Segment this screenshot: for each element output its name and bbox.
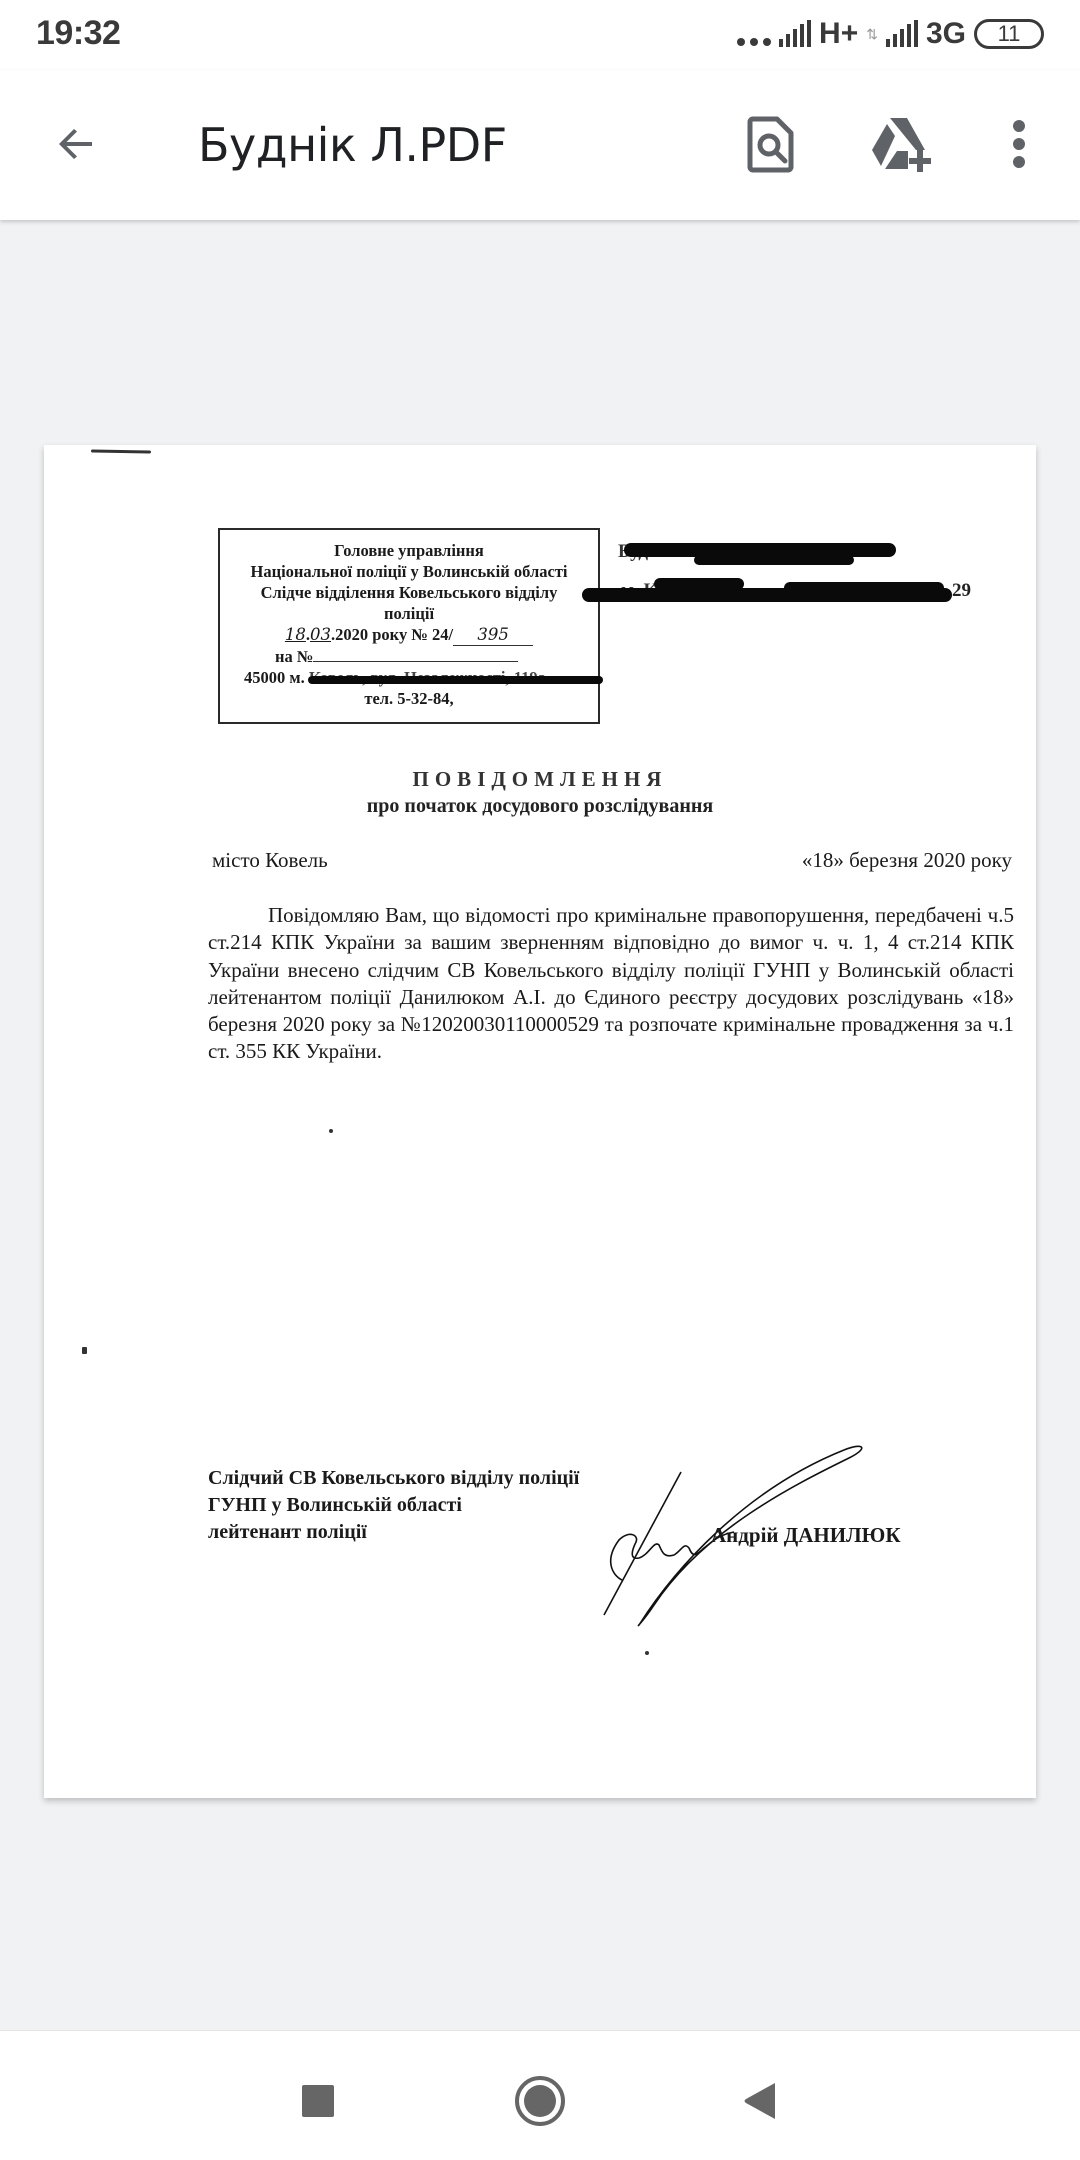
document-heading: ПОВІДОМЛЕННЯ <box>44 767 1036 792</box>
status-indicators: H+ ⇅ 3G 11 <box>737 16 1044 52</box>
in-reply-label: на № <box>275 647 313 666</box>
addr-date-number: 18.03.2020 року № 24/395 <box>220 624 598 646</box>
network-type-2: 3G <box>926 17 966 51</box>
signer-line-3: лейтенант поліції <box>208 1519 579 1546</box>
battery-icon: 11 <box>974 19 1044 49</box>
addr-street: 45000 м. Ковель, вул. Незалежності, 119а <box>220 667 598 688</box>
redaction-mark <box>694 555 854 565</box>
addr-phone: тел. 5-32-84, <box>220 688 598 709</box>
document-subheading: про початок досудового розслідування <box>44 795 1036 818</box>
recents-square-icon <box>301 2084 335 2118</box>
document-title: Буднік Л.PDF <box>198 118 507 172</box>
notification-dots-icon <box>737 22 771 46</box>
signer-name: Андрій ДАНИЛЮК <box>711 1523 901 1548</box>
recents-button[interactable] <box>283 2066 353 2136</box>
pdf-viewer[interactable]: Головне управління Національної поліції … <box>0 220 1080 2030</box>
handwritten-outgoing-number: 395 <box>477 625 509 644</box>
document-body: Повідомляю Вам, що відомості про криміна… <box>208 902 1014 1066</box>
document-city: місто Ковель <box>212 848 328 873</box>
status-time: 19:32 <box>36 14 120 53</box>
status-bar: 19:32 H+ ⇅ 3G 11 <box>0 0 1080 70</box>
home-circle-icon <box>514 2075 566 2127</box>
system-nav-bar <box>0 2030 1080 2160</box>
scan-speck <box>329 1129 333 1133</box>
scan-speck <box>645 1651 649 1655</box>
addr-reply-number: на № <box>220 646 598 667</box>
addr-line-3: Слідче відділення Ковельського відділу <box>220 582 598 603</box>
sender-address-box: Головне управління Національної поліції … <box>218 528 600 724</box>
network-type-1: H+ <box>819 17 858 51</box>
battery-level: 11 <box>998 21 1021 47</box>
home-button[interactable] <box>505 2066 575 2136</box>
handwritten-month: 03 <box>310 625 331 644</box>
more-options-button[interactable] <box>983 108 1055 180</box>
back-arrow-icon <box>52 120 100 168</box>
document-search-icon <box>747 115 795 173</box>
signer-block: Слідчий СВ Ковельського відділу поліції … <box>208 1465 579 1546</box>
addr-line-2: Національної поліції у Волинській област… <box>220 561 598 582</box>
addr-line-4: поліції <box>220 603 598 624</box>
pdf-page: Головне управління Національної поліції … <box>44 445 1036 1798</box>
drive-add-icon <box>871 116 935 172</box>
app-bar: Буднік Л.PDF <box>0 70 1080 220</box>
system-back-button[interactable] <box>725 2066 795 2136</box>
redaction-mark <box>654 578 744 590</box>
more-vert-icon <box>1011 118 1027 170</box>
add-to-drive-button[interactable] <box>867 108 939 180</box>
signal-strength-2-icon <box>886 21 918 47</box>
redaction-mark <box>784 582 944 594</box>
signer-line-2: ГУНП у Волинській області <box>208 1492 579 1519</box>
scan-mark <box>91 449 151 453</box>
data-activity-icon: ⇅ <box>866 26 878 43</box>
signal-strength-icon <box>779 21 811 47</box>
date-rest: .2020 року № 24/ <box>331 625 453 644</box>
back-triangle-icon <box>743 2081 777 2121</box>
recipient-address-suffix: 29 <box>952 580 971 602</box>
find-in-document-button[interactable] <box>735 108 807 180</box>
address-prefix: 45000 м. <box>244 668 305 687</box>
handwritten-day: 18 <box>285 625 306 644</box>
back-button[interactable] <box>44 112 108 176</box>
scan-speck <box>82 1347 87 1354</box>
addr-line-1: Головне управління <box>220 540 598 561</box>
redaction-mark <box>308 676 603 684</box>
document-date: «18» березня 2020 року <box>802 848 1012 873</box>
signer-line-1: Слідчий СВ Ковельського відділу поліції <box>208 1465 579 1492</box>
